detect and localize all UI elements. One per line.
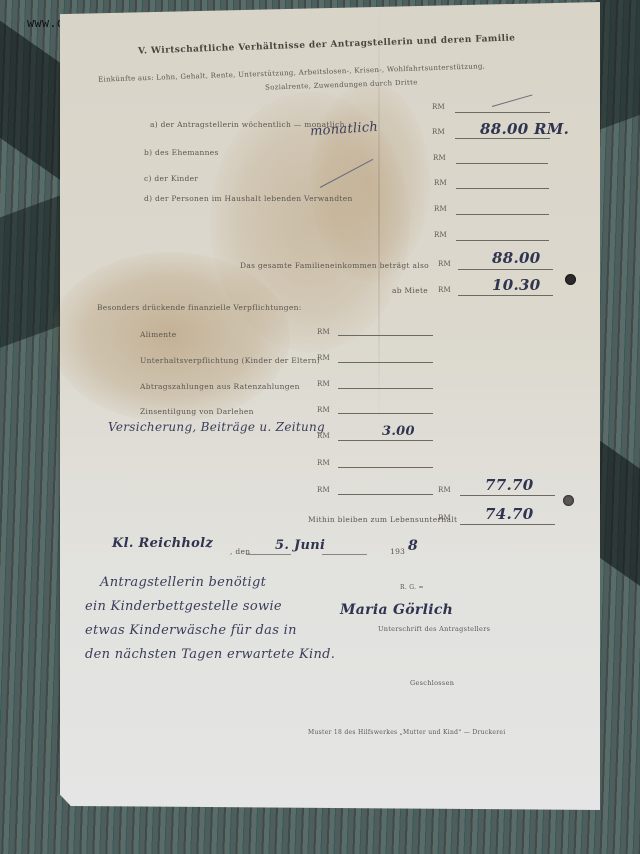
- currency-label: RM: [438, 286, 451, 294]
- remaining-value[interactable]: 74.70: [485, 505, 533, 523]
- obligation-label: Alimente: [140, 330, 176, 339]
- signature-caption: Unterschrift des Antragstellers: [378, 625, 490, 633]
- currency-label: RM: [317, 354, 330, 362]
- obligation-field-extra-2[interactable]: [338, 494, 433, 495]
- currency-label: RM: [317, 459, 330, 467]
- income-row-label: b) des Ehemannes: [144, 148, 219, 157]
- obligation-field-unterhalt[interactable]: [338, 362, 433, 363]
- income-field-f[interactable]: [456, 240, 549, 241]
- obligation-label: Unterhaltsverpflichtung (Kinder der Elte…: [140, 356, 320, 365]
- currency-label: RM: [432, 128, 445, 136]
- field-line: [246, 554, 291, 555]
- income-header-2: Sozialrente, Zuwendungen durch Dritte: [265, 78, 418, 91]
- field-line: [338, 440, 433, 441]
- income-field-e[interactable]: [456, 214, 549, 215]
- field-line: [458, 269, 553, 270]
- income-row-label: c) der Kinder: [144, 174, 198, 183]
- currency-label: RM: [317, 380, 330, 388]
- obligation-field-raten[interactable]: [338, 388, 433, 389]
- currency-label: RM: [434, 231, 447, 239]
- document-page: V. Wirtschaftliche Verhältnisse der Antr…: [60, 2, 600, 810]
- income-field-a[interactable]: [455, 112, 550, 113]
- obligation-field-extra[interactable]: [338, 467, 433, 468]
- obligation-field-alimente[interactable]: [338, 335, 433, 336]
- total-income-label: Das gesamte Familieneinkommen beträgt al…: [240, 261, 429, 270]
- currency-label: RM: [317, 406, 330, 414]
- field-line: [460, 495, 555, 496]
- footer-print: Muster 18 des Hilfswerkes „Mutter und Ki…: [308, 729, 506, 736]
- currency-label: RM: [317, 486, 330, 494]
- remaining-label: Mithin bleiben zum Lebensunterhalt: [308, 515, 457, 524]
- punch-hole: [565, 274, 576, 285]
- income-field-d[interactable]: [456, 188, 549, 189]
- currency-label: RM: [438, 514, 451, 522]
- signature[interactable]: Maria Görlich: [340, 602, 453, 618]
- currency-label: RM: [432, 103, 445, 111]
- field-line: [455, 138, 550, 139]
- place-value[interactable]: Kl. Reichholz: [112, 536, 213, 551]
- currency-label: RM: [317, 328, 330, 336]
- total-income-value[interactable]: 88.00: [492, 249, 540, 267]
- approval-caption: Geschlossen: [410, 679, 454, 687]
- currency-label: RM: [433, 154, 446, 162]
- note-line: etwas Kinderwäsche für das in: [85, 623, 297, 638]
- currency-label: RM: [434, 179, 447, 187]
- obligation-label: Abtragszahlungen aus Ratenzahlungen: [140, 382, 300, 391]
- field-line: [458, 295, 553, 296]
- income-field-c[interactable]: [456, 163, 548, 164]
- punch-hole: [563, 495, 574, 506]
- obligation-label: Zinsentilgung von Darlehen: [140, 407, 254, 416]
- date-value[interactable]: 5. Juni: [275, 538, 325, 553]
- insurance-value[interactable]: 3.00: [382, 424, 415, 439]
- note-line: Antragstellerin benötigt: [100, 575, 266, 590]
- rent-label: ab Miete: [392, 286, 428, 295]
- currency-label: RM: [434, 205, 447, 213]
- obligations-header: Besonders drückende finanzielle Verpflic…: [97, 303, 302, 312]
- rent-value[interactable]: 10.30: [492, 276, 540, 294]
- note-line: ein Kinderbettgestelle sowie: [85, 599, 282, 614]
- rk-marks: R. G. =: [400, 584, 424, 591]
- subtotal-value[interactable]: 77.70: [485, 476, 533, 494]
- income-row-label: d) der Personen im Haushalt lebenden Ver…: [144, 194, 353, 203]
- year-prefix: 193: [390, 547, 405, 556]
- currency-label: RM: [438, 486, 451, 494]
- currency-label: RM: [438, 260, 451, 268]
- income-header: Einkünfte aus: Lohn, Gehalt, Rente, Unte…: [98, 62, 485, 84]
- strike-mark: [492, 94, 533, 107]
- income-value-b[interactable]: 88.00 RM.: [480, 120, 569, 138]
- handwritten-obligation: Versicherung, Beiträge u. Zeitung: [108, 420, 325, 434]
- currency-label: RM: [317, 432, 330, 440]
- field-line: [322, 554, 367, 555]
- field-line: [460, 524, 555, 525]
- section-title: V. Wirtschaftliche Verhältnisse der Antr…: [138, 33, 516, 56]
- note-line: den nächsten Tagen erwartete Kind.: [85, 647, 335, 662]
- obligation-field-darlehen[interactable]: [338, 413, 433, 414]
- year-value[interactable]: 8: [408, 538, 418, 554]
